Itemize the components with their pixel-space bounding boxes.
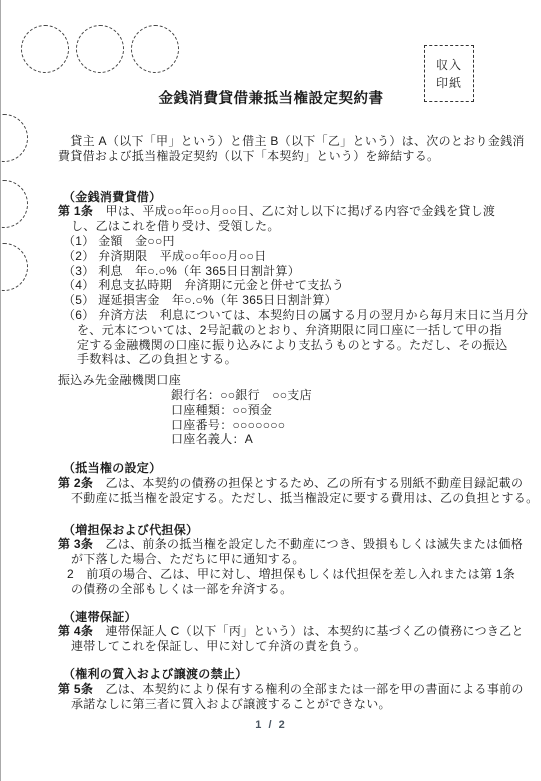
contract-document-page: 収入 印紙 金銭消費貸借兼抵当権設定契約書 貸主 A（以下「甲」という）と借主 … [0,0,541,781]
section-heading-loan: （金銭消費貸借） [63,190,541,205]
article-4-text: 連帯保証人 C（以下「丙」という）は、本契約に基づく乙の債務につき乙と [93,624,524,638]
bank-name-line: 銀行名：○○銀行 ○○支店 [171,388,541,403]
left-edge-seal-circle-3 [0,243,28,291]
section-heading-mortgage: （抵当権の設定） [63,461,541,476]
section-heading-additional-collateral: （増担保および代担保） [63,523,541,538]
article-1-line-2: し、乙はこれを借り受け、受領した。 [71,219,541,234]
section-heading-pledge-transfer-prohibition: （権利の質入および譲渡の禁止） [63,667,541,682]
seal-placeholder-circle-3 [131,25,179,73]
section-heading-joint-guarantee: （連帯保証） [63,610,541,625]
article-2-number: 第 2条 [58,476,93,490]
article-5-line-2: 承諾なしに第三者に質入および譲渡することができない。 [71,697,541,712]
loan-item-5: （5） 遅延損害金 年○.○%（年 365日日割計算） [63,293,541,308]
bank-account-header: 振込み先金融機関口座 [58,373,541,388]
article-5-line-1: 第 5条 乙は、本契約により保有する権利の全部または一部を甲の書面による事前の [58,682,541,697]
page-number-indicator: 1 / 2 [1,719,541,731]
intro-line-1: 貸主 A（以下「甲」という）と借主 B（以下「乙」という）は、次のとおり金銭消 [58,134,541,149]
article-3-paragraph-2-line-1: 2 前項の場合、乙は、甲に対し、増担保もしくは代担保を差し入れまたは第 1条 [67,567,541,582]
seal-placeholder-circle-2 [76,25,124,73]
loan-item-3: （3） 利息 年○.○%（年 365日日割計算） [63,264,541,279]
article-4-number: 第 4条 [58,624,93,638]
account-holder-line: 口座名義人：A [171,432,541,447]
article-1-text: 甲は、平成○○年○○月○○日、乙に対し以下に掲げる内容で金銭を貸し渡 [93,204,495,218]
account-type-line: 口座種類：○○預金 [171,403,541,418]
article-3-line-1: 第 3条 乙は、前条の抵当権を設定した不動産につき、毀損もしくは滅失または価格 [58,537,541,552]
article-3-paragraph-2-line-2: の債務の全部もしくは一部を弁済する。 [71,582,541,597]
revenue-stamp-box: 収入 印紙 [424,45,474,102]
article-3-text: 乙は、前条の抵当権を設定した不動産につき、毀損もしくは滅失または価格 [93,537,523,551]
article-2-line-2: 不動産に抵当権を設定する。ただし、抵当権設定に要する費用は、乙の負担とする。 [71,491,541,506]
loan-item-6-cont-1: を、元本については、2号記載のとおり、弁済期限に同口座に一括して甲の指 [77,323,541,338]
article-2-line-1: 第 2条 乙は、本契約の債務の担保とするため、乙の所有する別紙不動産目録記載の [58,476,541,491]
intro-line-2: 費貸借および抵当権設定契約（以下「本契約」という）を締結する。 [58,149,541,164]
loan-item-4: （4） 利息支払時期 弁済期に元金と併せて支払う [63,278,541,293]
article-5-number: 第 5条 [58,682,93,696]
seal-placeholder-circle-1 [21,25,69,73]
article-3-number: 第 3条 [58,537,93,551]
left-edge-seal-circle-2 [0,180,28,228]
loan-item-6-cont-2: 定する金融機関の口座に振り込みにより支払うものとする。ただし、その振込 [77,338,541,353]
account-number-line: 口座番号：○○○○○○○ [171,418,541,433]
loan-item-6: （6） 弁済方法 利息については、本契約日の属する月の翌月から毎月末日に当月分 [63,308,541,323]
loan-item-2: （2） 弁済期限 平成○○年○○月○○日 [63,249,541,264]
loan-item-1: （1） 金額 金○○円 [63,234,541,249]
article-2-text: 乙は、本契約の債務の担保とするため、乙の所有する別紙不動産目録記載の [93,476,523,490]
article-1-number: 第 1条 [58,204,93,218]
revenue-stamp-text-line-1: 収入 [436,57,462,73]
article-4-line-1: 第 4条 連帯保証人 C（以下「丙」という）は、本契約に基づく乙の債務につき乙と [58,624,541,639]
left-edge-seal-circle-1 [0,114,28,162]
revenue-stamp-text-line-2: 印紙 [436,75,462,91]
article-5-text: 乙は、本契約により保有する権利の全部または一部を甲の書面による事前の [93,682,524,696]
article-3-line-2: が下落した場合、ただちに甲に通知する。 [71,552,541,567]
loan-item-6-cont-3: 手数料は、乙の負担とする。 [77,352,541,367]
article-1-line-1: 第 1条 甲は、平成○○年○○月○○日、乙に対し以下に掲げる内容で金銭を貸し渡 [58,204,541,219]
article-4-line-2: 連帯してこれを保証し、甲に対して弁済の責を負う。 [71,639,541,654]
